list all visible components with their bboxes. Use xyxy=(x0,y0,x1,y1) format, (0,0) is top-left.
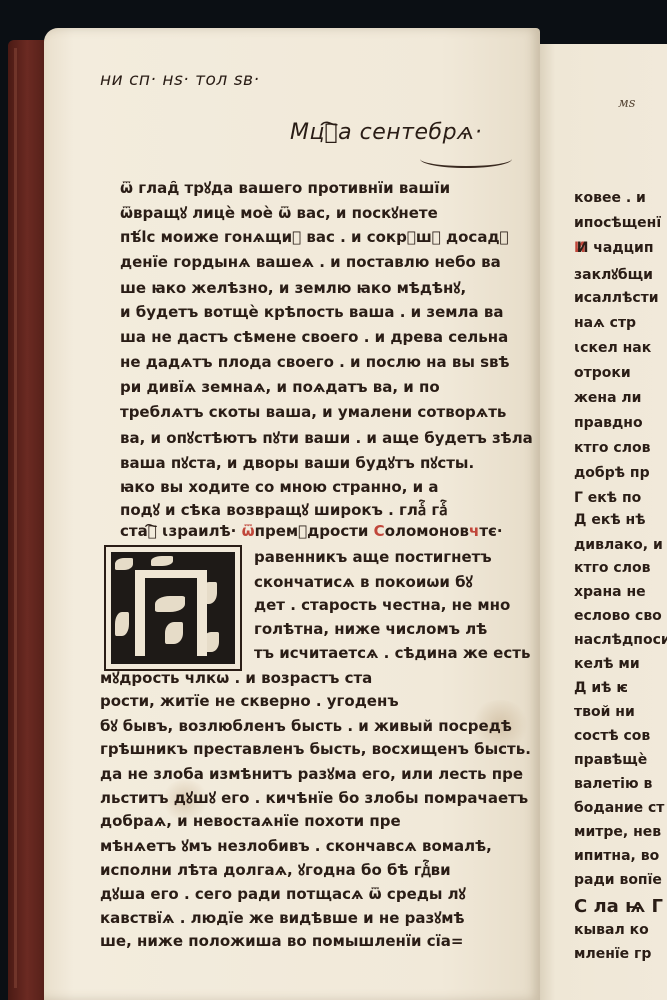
text-line: твой ни xyxy=(574,704,635,720)
text-line: мѣнѧетъ ꙋмъ незлобивъ . скончавсѧ вомалѣ… xyxy=(100,836,492,856)
text-line: келѣ ми xyxy=(574,656,640,672)
text-line: наслѣдпоси xyxy=(574,632,667,648)
text-line: ктго слов xyxy=(574,440,650,456)
text-line: равенникъ аще постигнетъ xyxy=(254,548,492,566)
text-line: рости, житїе не скверно . угоденъ xyxy=(100,692,399,710)
text-line: ковее . и xyxy=(574,190,646,206)
text-line: правдно xyxy=(574,415,643,431)
text-line: еслово сво xyxy=(574,608,662,624)
text-line: кавствїѧ . людїе же видѣвше и не разꙋмѣ xyxy=(100,908,465,928)
text-line: ше, ниже положиша во помышленїи сїа= xyxy=(100,932,463,950)
folio-number: мѕ xyxy=(618,96,635,111)
text-line: мленїе гр xyxy=(574,946,651,962)
text-line: ꙗко вы ходите со мною странно, и а xyxy=(120,478,438,496)
text-line: ѿвращꙋ лицѐ моѐ ѿ вас, и поскꙋнете xyxy=(120,203,438,223)
text-line: Г екѣ по xyxy=(574,490,641,506)
rubric-marker: ч xyxy=(469,522,479,540)
text-line: треблѧтъ скоты ваша, и умалени сотворѧть xyxy=(120,403,506,421)
rubric-initial: С xyxy=(374,522,385,540)
rubric-initial: ѿ xyxy=(242,522,255,540)
rubric-line: стаⷢ҇ ꙇзраилѣ· ѿпремꙋдрости Соломоновчтє… xyxy=(120,522,503,540)
cover-edge xyxy=(14,48,17,988)
text-line: грѣшникъ преставленъ бысть, восхищенъ бы… xyxy=(100,740,531,758)
text-line: ИИ чадцип xyxy=(574,240,654,256)
text-segment: оломонов xyxy=(385,522,469,540)
text-line: скончатисѧ в покоиѡи бꙋ xyxy=(254,572,473,592)
text-line: исполни лѣта долгаѧ, ꙋгодна бо бѣ гдⷭ҇ви xyxy=(100,860,451,880)
text-line: бодание ст xyxy=(574,800,664,816)
text-line: Д иѣ ѥ xyxy=(574,680,628,696)
text-line: заклꙋбщи xyxy=(574,265,653,284)
text-line: валетію в xyxy=(574,776,652,792)
text-line: бꙋ бывъ, возлюбленъ бысть . и живый поср… xyxy=(100,716,512,736)
text-line: Д екѣ нѣ xyxy=(574,512,646,528)
text-line: ѿ глад̑ трꙋда вашего противнїи вашїи xyxy=(120,178,450,198)
text-line: пѣ́ӏс моиже гонѧщиⷯ вас . и сокрꙋшꙋ доса… xyxy=(120,228,509,246)
text-line: кывал ко xyxy=(574,922,649,938)
text-line: льститъ дꙋшꙋ его . кичѣнїе бо злобы помр… xyxy=(100,788,528,808)
text-line: ри дивїѧ земнаѧ, и поѧдатъ ва, и по xyxy=(120,378,440,396)
decorated-initial xyxy=(104,545,242,671)
text-line: митре, нев xyxy=(574,824,661,840)
text-line: ради вопїе xyxy=(574,872,662,888)
text-line: наѧ стр xyxy=(574,315,636,331)
text-line: не дадѧтъ плода своего . и послю на вы ѕ… xyxy=(120,353,510,371)
text-line: исаллѣсти xyxy=(574,290,659,306)
text-line: И чадцип xyxy=(577,240,654,256)
text-line: добрѣ пр xyxy=(574,465,650,481)
text-line: ша не дастъ сѣмене своего . и древа сель… xyxy=(120,328,508,346)
text-line: храна не xyxy=(574,584,646,600)
text-line: и будетъ вотщѐ крѣпость ваша . и земла в… xyxy=(120,303,503,321)
page-title: Мцⷭ҇а сентебрѧ· xyxy=(290,120,482,145)
header-note: ни сп· нѕ· тол ѕв· xyxy=(100,70,259,90)
text-line: ипосѣщенї xyxy=(574,215,661,231)
title-flourish xyxy=(420,150,512,168)
text-line: отроки xyxy=(574,365,631,381)
text-line: тъ исчитаетсѧ . сѣдина же есть xyxy=(254,644,530,662)
text-segment: премꙋдрости xyxy=(255,522,369,540)
text-line: подꙋ и сѣка возвращꙋ широкъ . глаⷭ҇ гаⷭ҇ xyxy=(120,500,448,520)
text-line: ипитна, во xyxy=(574,848,659,864)
text-line: дивлако, и xyxy=(574,537,663,553)
text-line: денїе гордынѧ вашеѧ . и поставлю небо ва xyxy=(120,253,501,271)
text-segment: тє· xyxy=(479,522,502,540)
text-line: ктго слов xyxy=(574,560,650,576)
text-line: добраѧ, и невостаѧнїе похоти пре xyxy=(100,812,401,830)
text-line: ше ꙗко желѣзно, и землю ꙗко мѣдѣнꙋ, xyxy=(120,278,466,298)
initial-letter-p-icon xyxy=(111,552,235,664)
text-line: голѣтна, ниже числомъ лѣ xyxy=(254,620,487,638)
text-line: ваша пꙋста, и дворы ваши будꙋтъ пꙋсты. xyxy=(120,453,474,473)
text-line: жена ли xyxy=(574,390,641,406)
text-segment: стаⷢ҇ ꙇзраилѣ· xyxy=(120,522,236,540)
text-line: состѣ сов xyxy=(574,728,650,744)
text-line: да не злоба измѣнитъ разꙋма его, или лес… xyxy=(100,764,523,784)
text-line: С ла ѩ Г xyxy=(574,896,663,917)
text-line: ꙇскел нак xyxy=(574,340,651,356)
text-line: ва, и опꙋстѣютъ пꙋти ваши . и аще будетъ… xyxy=(120,428,533,448)
text-line: дет . старость честна, не мно xyxy=(254,596,510,614)
text-line: мꙋдрость члкѡ . и возрастъ ста xyxy=(100,668,372,688)
text-line: правѣщѐ xyxy=(574,752,647,768)
text-line: дꙋша его . сего ради потщасѧ ѿ среды лꙋ xyxy=(100,884,466,904)
